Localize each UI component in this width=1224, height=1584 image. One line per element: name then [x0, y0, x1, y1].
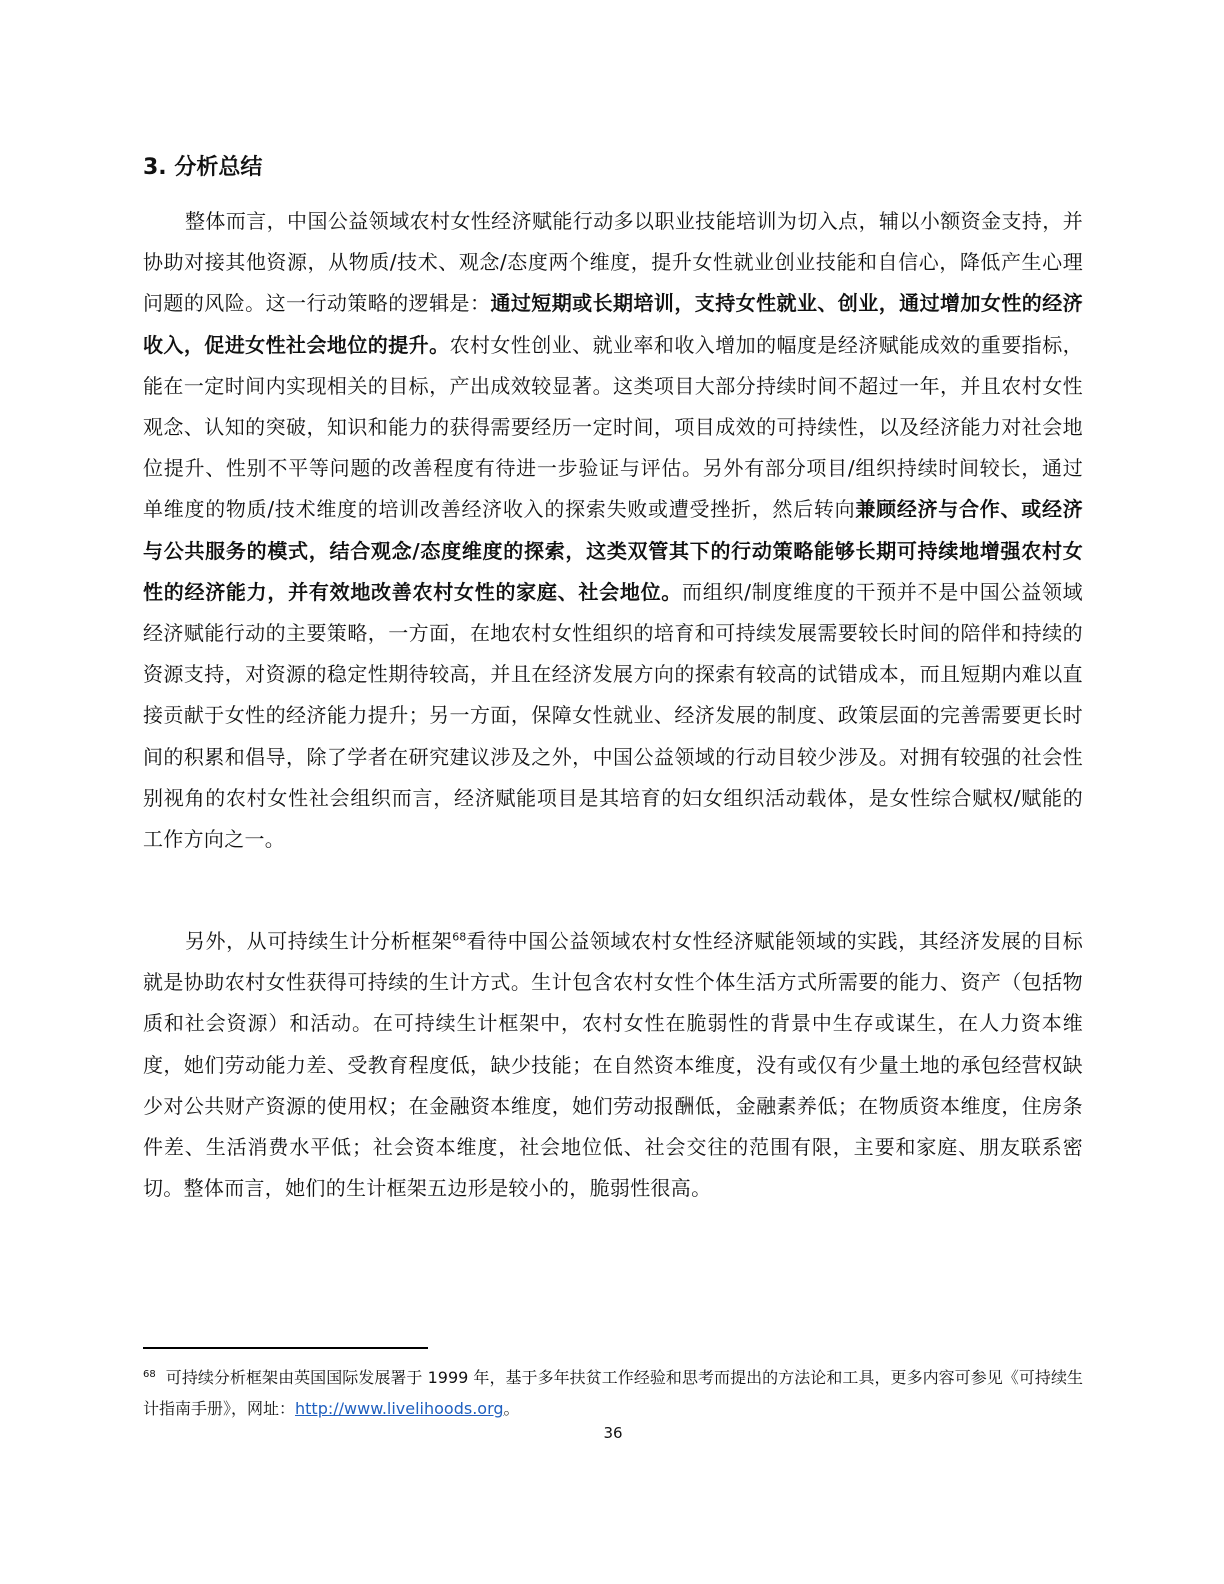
section-heading: 3. 分析总结: [143, 152, 262, 184]
footnote-link[interactable]: http://www.livelihoods.org: [295, 1399, 504, 1418]
footnote-reference[interactable]: 68: [452, 930, 466, 943]
footnote-text: 可持续分析框架由英国国际发展署于 1999 年，基于多年扶贫工作经验和思考而提出…: [143, 1368, 1083, 1418]
section-number: 3.: [143, 155, 167, 180]
text-run: 另外，从可持续生计分析框架: [185, 929, 452, 953]
text-run: 而组织/制度维度的干预并不是中国公益领域经济赋能行动的主要策略，一方面，在地农村…: [143, 580, 1083, 851]
text-run: 农村女性创业、就业率和收入增加的幅度是经济赋能成效的重要指标，能在一定时间内实现…: [143, 333, 1083, 522]
footnote: 68可持续分析框架由英国国际发展署于 1999 年，基于多年扶贫工作经验和思考而…: [143, 1362, 1083, 1424]
footnote-number: 68: [143, 1369, 156, 1380]
footnote-trailing: 。: [504, 1399, 520, 1418]
section-title: 分析总结: [174, 155, 262, 180]
footnote-separator: [143, 1347, 428, 1349]
paragraph-livelihood-framework: 另外，从可持续生计分析框架68看待中国公益领域农村女性经济赋能领域的实践，其经济…: [143, 921, 1083, 1209]
page-number: 36: [143, 1423, 1083, 1443]
paragraph-summary: 整体而言，中国公益领域农村女性经济赋能行动多以职业技能培训为切入点，辅以小额资金…: [143, 201, 1083, 860]
text-run: 看待中国公益领域农村女性经济赋能领域的实践，其经济发展的目标就是协助农村女性获得…: [143, 929, 1083, 1200]
